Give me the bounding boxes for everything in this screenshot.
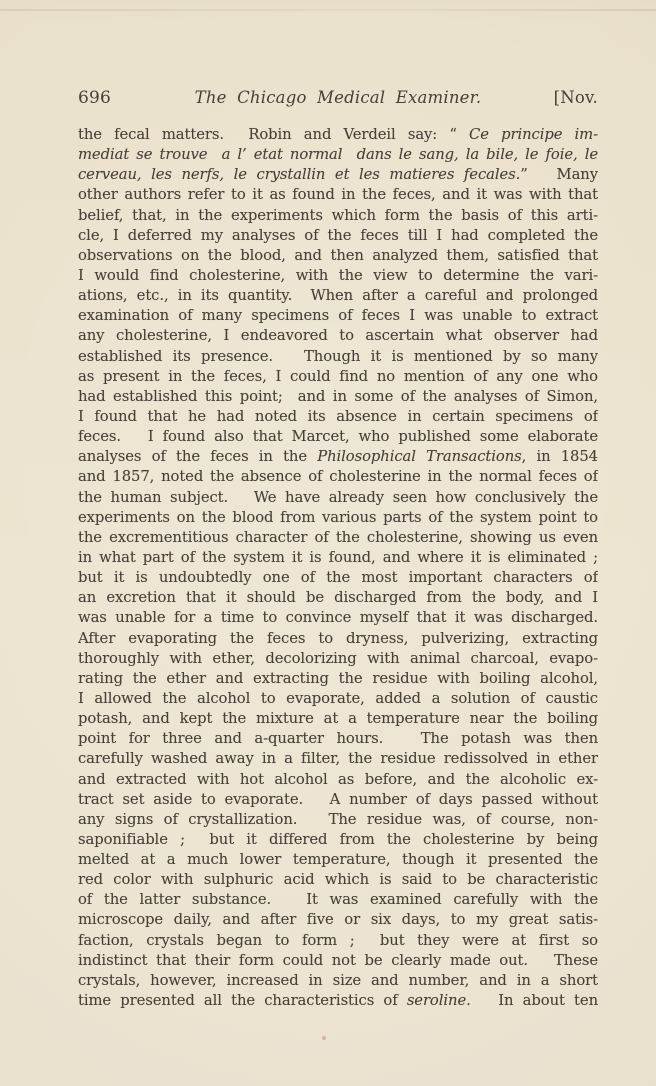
book-page: 696 The Chicago Medical Examiner. [Nov. …	[0, 0, 656, 1086]
foxing-speck	[322, 1036, 326, 1040]
text-line: examination of many specimens of feces I…	[78, 306, 598, 326]
text-line: but it is undoubtedly one of the most im…	[78, 568, 598, 588]
text-line: I would find cholesterine, with the view…	[78, 266, 598, 286]
text-line: the fecal matters. Robin and Verdeil say…	[78, 125, 598, 145]
text-line: red color with sulphuric acid which is s…	[78, 870, 598, 890]
text-line: as present in the feces, I could find no…	[78, 367, 598, 387]
text-line: any cholesterine, I endeavored to ascert…	[78, 326, 598, 346]
text-line: crystals, however, increased in size and…	[78, 971, 598, 991]
text-line: established its presence. Though it is m…	[78, 347, 598, 367]
text-line: belief, that, in the experiments which f…	[78, 206, 598, 226]
text-line: rating the ether and extracting the resi…	[78, 669, 598, 689]
text-line: the excrementitious character of the cho…	[78, 528, 598, 548]
text-line: observations on the blood, and then anal…	[78, 246, 598, 266]
text-line: mediat se trouve a l’ etat normal dans l…	[78, 145, 598, 165]
body-text: the fecal matters. Robin and Verdeil say…	[78, 125, 598, 1011]
text-line: the human subject. We have already seen …	[78, 488, 598, 508]
text-line: tract set aside to evaporate. A number o…	[78, 790, 598, 810]
page-number: 696	[78, 88, 111, 108]
text-line: cle, I deferred my analyses of the feces…	[78, 226, 598, 246]
text-line: in what part of the system it is found, …	[78, 548, 598, 568]
issue-month-label: [Nov.	[554, 88, 598, 107]
text-line: carefully washed away in a filter, the r…	[78, 749, 598, 769]
text-line: other authors refer to it as found in th…	[78, 185, 598, 205]
text-line: of the latter substance. It was examined…	[78, 890, 598, 910]
text-line: any signs of crystallization. The residu…	[78, 810, 598, 830]
text-line: faction, crystals began to form ; but th…	[78, 931, 598, 951]
text-line: After evaporating the feces to dryness, …	[78, 629, 598, 649]
text-line: analyses of the feces in the Philosophic…	[78, 447, 598, 467]
text-line: was unable for a time to convince myself…	[78, 608, 598, 628]
text-line: an excretion that it should be discharge…	[78, 588, 598, 608]
text-line: microscope daily, and after five or six …	[78, 910, 598, 930]
text-line: point for three and a-quarter hours. The…	[78, 729, 598, 749]
text-line: ations, etc., in its quantity. When afte…	[78, 286, 598, 306]
text-line: melted at a much lower temperature, thou…	[78, 850, 598, 870]
text-line: and 1857, noted the absence of cholester…	[78, 467, 598, 487]
text-line: saponifiable ; but it differed from the …	[78, 830, 598, 850]
text-line: and extracted with hot alcohol as before…	[78, 770, 598, 790]
text-line: cerveau, les nerfs, le crystallin et les…	[78, 165, 598, 185]
text-line: experiments on the blood from various pa…	[78, 508, 598, 528]
text-line: I allowed the alcohol to evaporate, adde…	[78, 689, 598, 709]
page-header: 696 The Chicago Medical Examiner. [Nov.	[78, 88, 598, 110]
text-line: indistinct that their form could not be …	[78, 951, 598, 971]
text-line: thoroughly with ether, decolorizing with…	[78, 649, 598, 669]
text-line: time presented all the characteristics o…	[78, 991, 598, 1011]
text-line: feces. I found also that Marcet, who pub…	[78, 427, 598, 447]
text-line: I found that he had noted its absence in…	[78, 407, 598, 427]
journal-title: The Chicago Medical Examiner.	[78, 88, 598, 107]
text-line: potash, and kept the mixture at a temper…	[78, 709, 598, 729]
text-line: had established this point; and in some …	[78, 387, 598, 407]
